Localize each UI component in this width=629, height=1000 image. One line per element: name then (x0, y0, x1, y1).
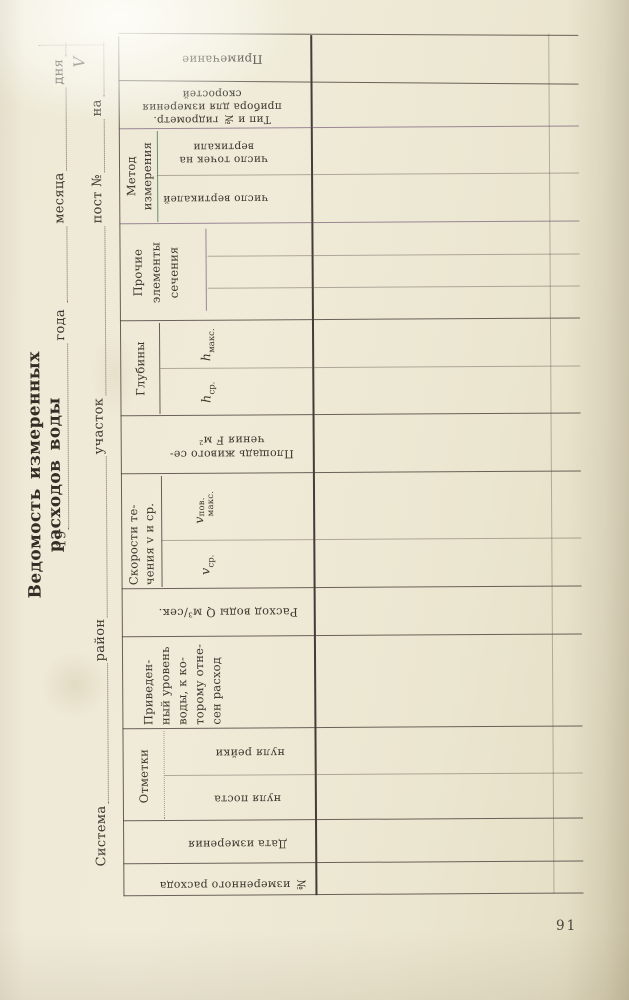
col-header-measurement-no: № измеренного расхода (153, 877, 313, 892)
grid-line (162, 731, 165, 819)
on-label: на (90, 99, 106, 116)
grid-line (310, 35, 317, 895)
rotated-form: Ведомость измеренных расходов воды 19 го… (0, 0, 629, 1000)
subcol-header-velocity-max: vпов. макс. (191, 474, 217, 541)
velocity-max-symbol: v (191, 516, 206, 523)
dotted-leader (102, 42, 104, 96)
month-label: месяца (52, 172, 68, 223)
dotted-leader (65, 227, 67, 303)
grid-line (119, 80, 579, 85)
grid-line (161, 537, 581, 541)
grid-line (118, 33, 578, 36)
margin-dotted-line (38, 44, 104, 46)
post-number-label: пост № (90, 174, 106, 223)
dotted-leader (66, 344, 69, 530)
grid-line (165, 772, 583, 776)
grid-line (121, 412, 581, 416)
district-label: район (93, 619, 109, 662)
grid-line (121, 470, 581, 474)
grid-line (122, 725, 582, 729)
grid-line (123, 817, 583, 821)
day-label: дня (51, 59, 67, 85)
year-label: года (53, 309, 69, 341)
dotted-leader (105, 456, 108, 617)
subcol-header-points-count: число точек на вертикали (168, 139, 280, 166)
depth-avg-symbol: h (198, 395, 213, 403)
col-header-note: Примечание (175, 52, 269, 67)
col-header-area: Площадь живого се- чения F м² (153, 432, 311, 461)
paper-stain (90, 330, 140, 420)
subcol-header-depth-avg: hср. (198, 369, 220, 416)
subcol-header-gauge-zero: нуля поста (202, 791, 294, 806)
grid-line (157, 172, 579, 176)
grid-line (119, 220, 579, 224)
group-header-marks: Отметки (136, 731, 152, 821)
grid-line (123, 860, 583, 864)
subcol-header-velocity-avg: vср. (197, 541, 219, 589)
grid-line (160, 365, 580, 369)
velocity-avg-symbol: v (197, 568, 212, 575)
year-prefix: 19 (54, 530, 70, 547)
dotted-leader (103, 119, 105, 172)
grid-line (119, 125, 579, 129)
page-number: 91 (556, 918, 577, 934)
system-label: Система (94, 806, 110, 867)
scanned-page: Ведомость измеренных расходов воды 19 го… (0, 0, 629, 1000)
subcol-header-verticals-count: число вертикалей (162, 191, 268, 206)
grid-line (208, 253, 580, 256)
grid-line (120, 317, 580, 321)
grid-line (122, 585, 582, 589)
form-title: Ведомость измеренных расходов воды (24, 305, 66, 645)
col-header-device: Тип и № гидрометр. прибора для измерения… (139, 86, 285, 126)
group-header-velocity: Скорости те- чения v и ср. (125, 477, 158, 585)
depth-max-symbol: h (198, 353, 213, 361)
col-header-measurement-date: Дата измерения (175, 836, 299, 851)
form-mark: V (70, 57, 88, 68)
col-header-discharge: Расход воды Q м³/сек. (142, 605, 314, 620)
grid-line (548, 34, 554, 894)
subcol-header-depth-max: hмакс. (198, 321, 220, 369)
grid-line (157, 131, 159, 222)
grid-line (161, 476, 163, 587)
grid-line (208, 285, 580, 288)
grid-line (122, 633, 582, 637)
grid-line (205, 229, 207, 311)
grid-line (123, 892, 583, 896)
col-header-reduced-level: Приведен- ный уровень воды, к ко- торому… (140, 639, 226, 726)
dotted-leader (65, 88, 68, 171)
group-header-other-elements: Прочие элементы сечения (128, 226, 183, 319)
group-header-method: Метод измерения (123, 130, 156, 222)
subcol-header-staff-zero: нуля рейки (204, 745, 296, 760)
paper-stain (40, 650, 110, 720)
